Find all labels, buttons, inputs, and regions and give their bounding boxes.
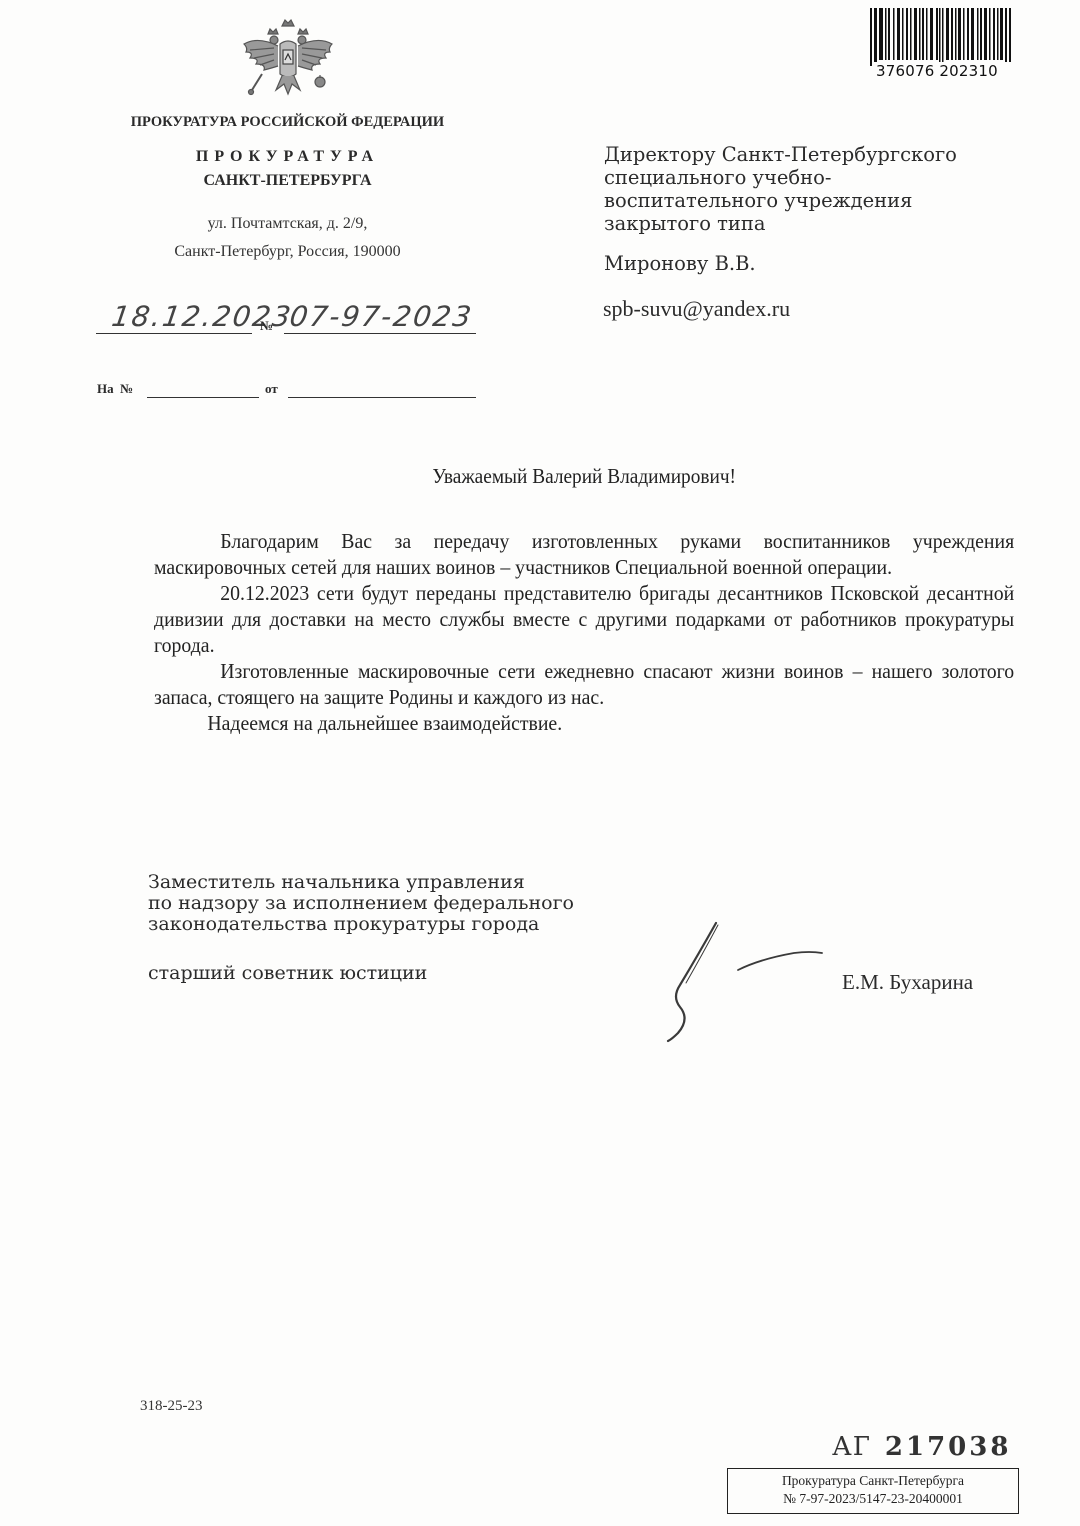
registration-stamp: Прокуратура Санкт-Петербурга № 7-97-2023…: [727, 1468, 1019, 1514]
stamp-number: № 7-97-2023/5147-23-20400001: [728, 1490, 1018, 1508]
registration-number: 07-97-2023: [288, 300, 475, 333]
reply-number-field: [147, 397, 259, 398]
address-street: ул. Почтамтская, д. 2/9,: [100, 215, 475, 233]
signatory-name: Е.М. Бухарина: [842, 970, 973, 995]
signatory-title-line: Заместитель начальника управления: [148, 872, 628, 893]
recipient-line: Директору Санкт-Петербургского: [604, 143, 1044, 166]
recipient-email: spb-suvu@yandex.ru: [603, 296, 790, 322]
form-number: 217038: [885, 1432, 1012, 1462]
reply-number-label: На №: [97, 381, 133, 397]
body-paragraph: Надеемся на дальнейшее взаимодействие.: [154, 710, 1014, 736]
salutation: Уважаемый Валерий Владимирович!: [46, 464, 1040, 489]
signatory-title-line: законодательства прокуратуры города: [148, 914, 628, 935]
signatory-title: Заместитель начальника управления по над…: [148, 872, 628, 935]
recipient-line: закрытого типа: [604, 212, 1044, 235]
letter-body: Благодарим Вас за передачу изготовленных…: [154, 528, 1014, 736]
recipient-line: специального учебно-: [604, 166, 1044, 189]
date-underline: [96, 333, 252, 334]
recipient-block: Директору Санкт-Петербургского специальн…: [604, 143, 1044, 235]
organization-federal-title: ПРОКУРАТУРА РОССИЙСКОЙ ФЕДЕРАЦИИ: [100, 114, 475, 131]
executor-code: 318-25-23: [140, 1398, 203, 1415]
handwritten-signature-icon: [650, 915, 840, 1045]
coat-of-arms-emblem-icon: [238, 18, 338, 106]
barcode-digits: 376076 202310: [874, 62, 1014, 80]
number-underline: [284, 333, 476, 334]
number-sign-label: №: [260, 318, 273, 334]
organization-city: САНКТ-ПЕТЕРБУРГА: [100, 172, 475, 190]
recipient-name: Миронову В.В.: [604, 252, 756, 275]
signatory-rank: старший советник юстиции: [148, 962, 427, 984]
signatory-title-line: по надзору за исполнением федерального: [148, 893, 628, 914]
recipient-line: воспитательного учреждения: [604, 189, 1044, 212]
organization-name: ПРОКУРАТУРА: [100, 148, 475, 166]
body-paragraph: Изготовленные маскировочные сети ежеднев…: [154, 658, 1014, 710]
reply-date-field: [288, 397, 476, 398]
barcode: 376076 202310: [866, 2, 1016, 82]
address-city: Санкт-Петербург, Россия, 190000: [100, 243, 475, 261]
body-paragraph: 20.12.2023 сети будут переданы представи…: [154, 580, 1014, 658]
stamp-organization: Прокуратура Санкт-Петербурга: [728, 1472, 1018, 1490]
form-serial-number: АГ217038: [832, 1432, 1011, 1462]
form-series: АГ: [832, 1432, 871, 1462]
body-paragraph: Благодарим Вас за передачу изготовленных…: [154, 528, 1014, 580]
barcode-bars-icon: [866, 2, 1016, 66]
reply-from-label: от: [265, 381, 278, 397]
